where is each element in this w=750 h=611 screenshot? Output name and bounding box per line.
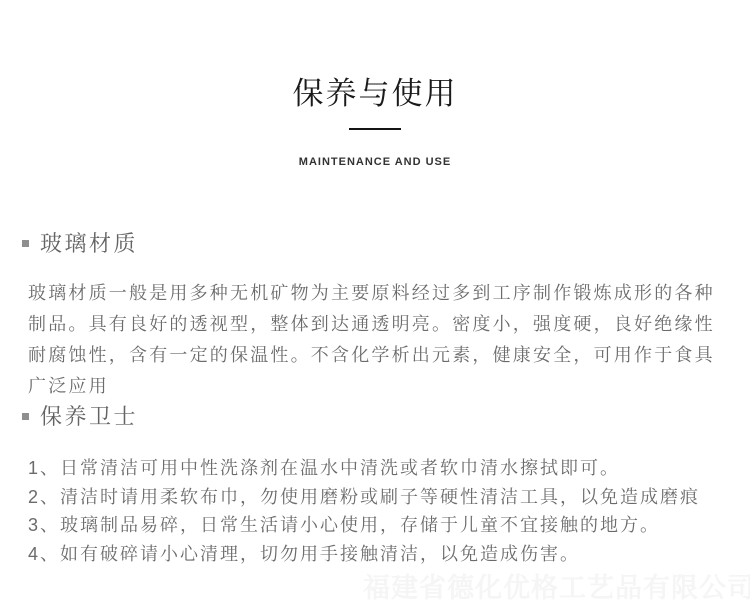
- company-watermark: 福建省德化优格工艺品有限公司: [363, 566, 750, 605]
- care-guard-heading: 保养卫士: [40, 404, 138, 429]
- glass-material-heading-row: 玻璃材质: [0, 231, 750, 256]
- glass-material-heading: 玻璃材质: [40, 231, 138, 256]
- title-divider: [349, 128, 401, 130]
- care-instruction-item: 2、清洁时请用柔软布巾，勿使用磨粉或刷子等硬性清洁工具，以免造成磨痕: [28, 483, 740, 512]
- care-instruction-item: 4、如有破碎请小心清理，切勿用手接触清洁，以免造成伤害。: [28, 540, 740, 569]
- section-care-guard: 保养卫士 1、日常清洁可用中性洗涤剂在温水中清洗或者软巾清水擦拭即可。 2、清洁…: [0, 404, 750, 568]
- section-glass-material: 玻璃材质 玻璃材质一般是用多种无机矿物为主要原料经过多到工序制作锻炼成形的各种制…: [0, 231, 750, 402]
- glass-material-description: 玻璃材质一般是用多种无机矿物为主要原料经过多到工序制作锻炼成形的各种制品。具有良…: [28, 278, 723, 402]
- square-bullet-icon: [22, 413, 29, 420]
- square-bullet-icon: [22, 240, 29, 247]
- care-instructions-list: 1、日常清洁可用中性洗涤剂在温水中清洗或者软巾清水擦拭即可。 2、清洁时请用柔软…: [28, 454, 740, 568]
- care-instruction-item: 3、玻璃制品易碎，日常生活请小心使用，存储于儿童不宜接触的地方。: [28, 511, 740, 540]
- page-header: 保养与使用 MAINTENANCE AND USE: [0, 0, 750, 169]
- page-title: 保养与使用: [0, 76, 750, 112]
- product-care-page: 保养与使用 MAINTENANCE AND USE 玻璃材质 玻璃材质一般是用多…: [0, 0, 750, 611]
- care-instruction-item: 1、日常清洁可用中性洗涤剂在温水中清洗或者软巾清水擦拭即可。: [28, 454, 740, 483]
- care-guard-heading-row: 保养卫士: [0, 404, 750, 429]
- page-subtitle-english: MAINTENANCE AND USE: [0, 156, 750, 169]
